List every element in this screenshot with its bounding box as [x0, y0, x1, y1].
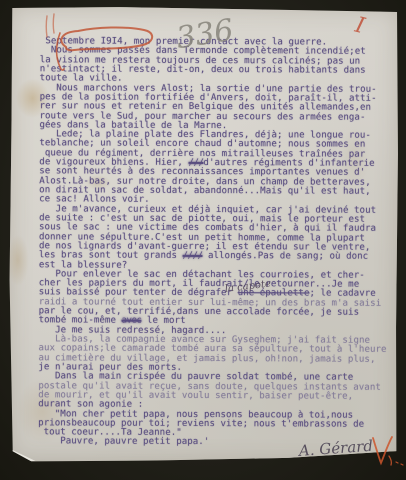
photographed-document-scene: Septembre I9I4, mon premier contact avec… — [0, 0, 406, 480]
document-page: Septembre I9I4, mon premier contact avec… — [8, 6, 399, 464]
paper-tear — [8, 442, 36, 461]
typescript-line: Pauvre, pauvre petit papa.' — [38, 438, 390, 449]
struck-text: //// — [183, 251, 203, 261]
foxing-stain — [7, 234, 29, 286]
typed-text: Pauvre, pauvre petit papa.' — [38, 437, 209, 448]
typescript: Septembre I9I4, mon premier contact avec… — [38, 37, 392, 448]
typed-text: allongés.Pas de sang; où donc — [202, 251, 368, 262]
